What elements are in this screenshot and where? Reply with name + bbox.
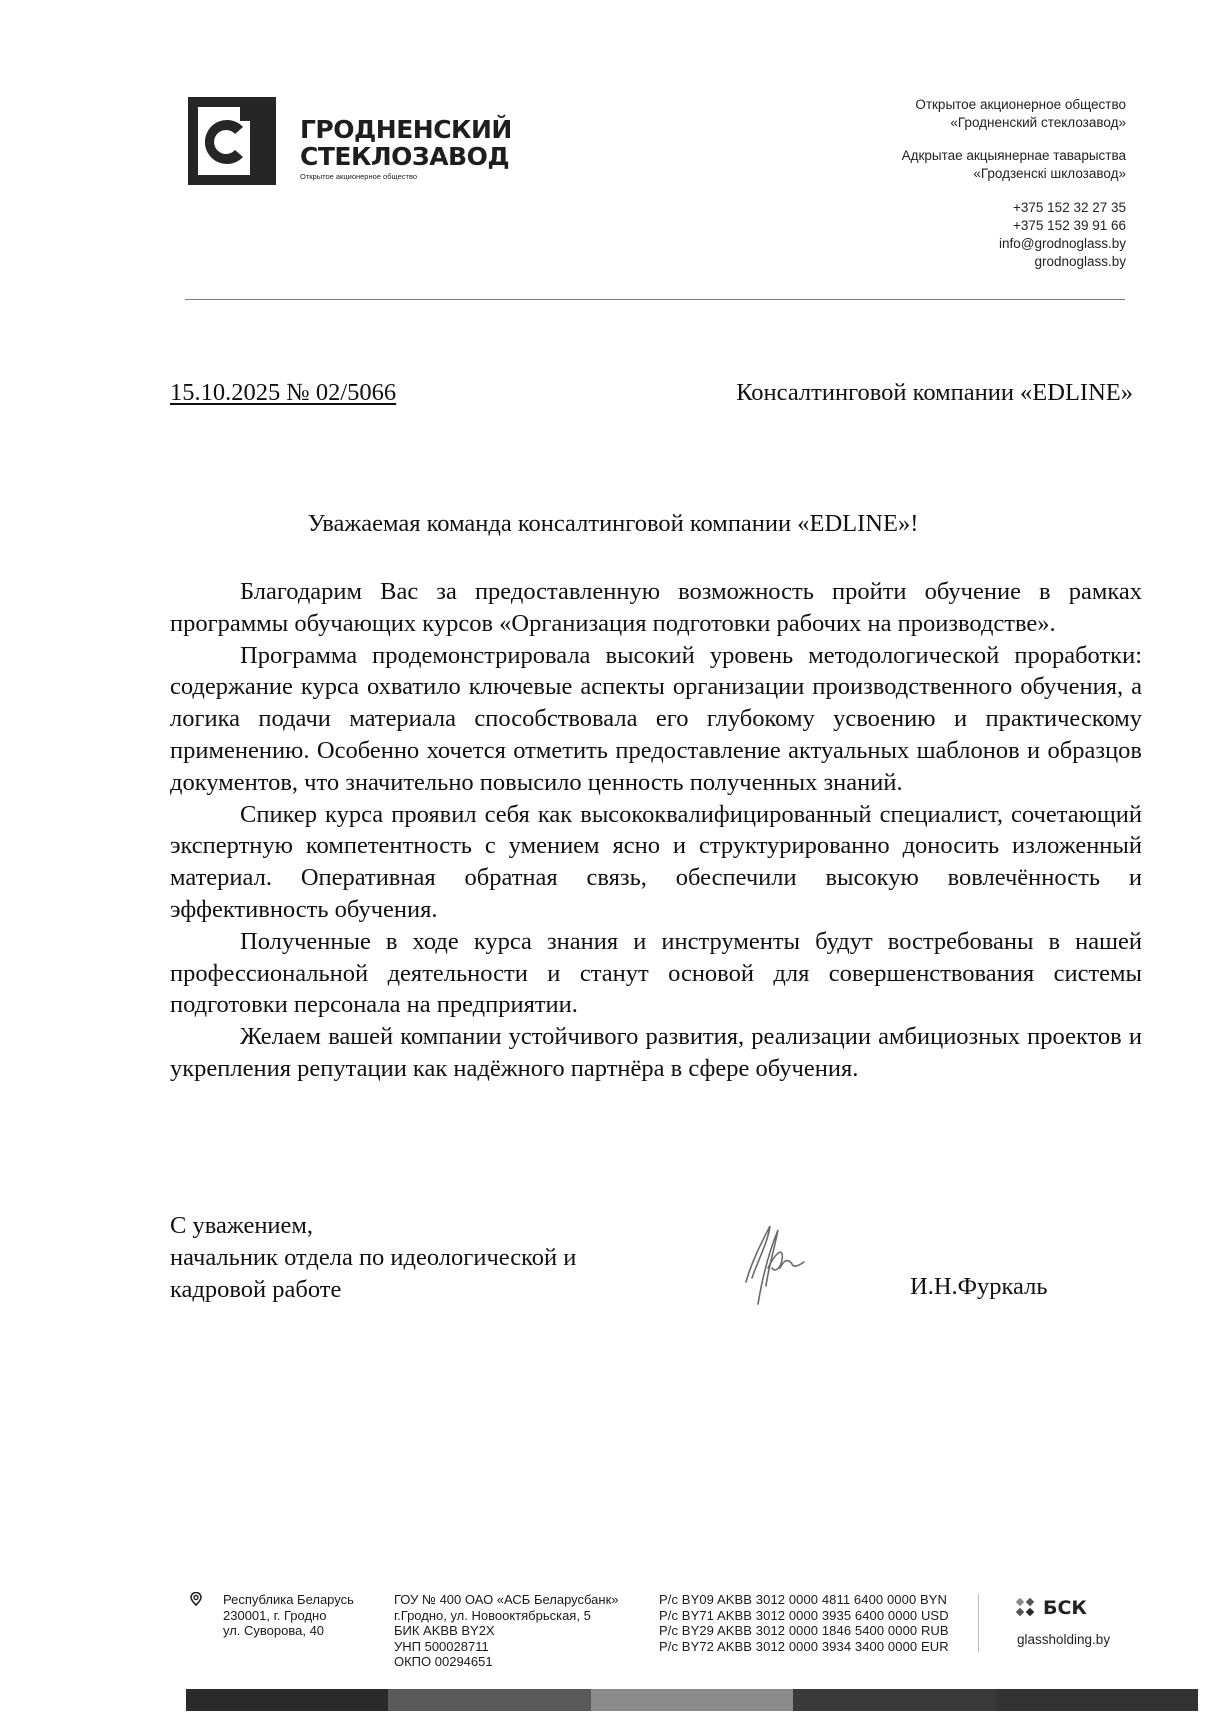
email: info@grodnoglass.by <box>902 235 1126 253</box>
company-logo-icon <box>188 97 276 185</box>
bank-okpo: ОКПО 00294651 <box>394 1654 619 1670</box>
footer-address: Республика Беларусь 230001, г. Гродно ул… <box>223 1592 354 1639</box>
bank-address: г.Гродно, ул. Новооктябрьская, 5 <box>394 1608 619 1624</box>
closing-block: С уважением, начальник отдела по идеолог… <box>170 1210 576 1305</box>
signer-title-line2: кадровой работе <box>170 1274 576 1306</box>
signer-name: И.Н.Фуркаль <box>910 1273 1048 1301</box>
account-eur: Р/с BY72 AKBB 3012 0000 3934 3400 0000 E… <box>659 1639 949 1655</box>
letter-reference: 15.10.2025 № 02/5066 <box>170 379 396 407</box>
account-usd: Р/с BY71 AKBB 3012 0000 3935 6400 0000 U… <box>659 1608 949 1624</box>
paragraph-2: Программа продемонстрировала высокий уро… <box>170 640 1142 799</box>
bar-segment-5 <box>996 1689 1198 1711</box>
footer-color-bar <box>186 1689 1198 1711</box>
account-byn: Р/с BY09 AKBB 3012 0000 4811 6400 0000 B… <box>659 1592 949 1608</box>
location-pin-icon <box>190 1592 202 1606</box>
letterhead-contacts: Открытое акционерное общество «Гродненск… <box>902 96 1126 271</box>
closing-regards: С уважением, <box>170 1210 576 1242</box>
signer-title-line1: начальник отдела по идеологической и <box>170 1242 576 1274</box>
addressee: Консалтинговой компании «EDLINE» <box>736 379 1133 407</box>
bar-segment-4 <box>793 1689 995 1711</box>
phone-2: +375 152 39 91 66 <box>902 217 1126 235</box>
paragraph-5: Желаем вашей компании устойчивого развит… <box>170 1021 1142 1085</box>
holding-website: glassholding.by <box>1017 1632 1110 1647</box>
address-street: ул. Суворова, 40 <box>223 1623 354 1639</box>
signature-icon <box>738 1220 828 1310</box>
holding-logo: БСК <box>1014 1597 1087 1619</box>
org-name-by-line1: Адкрытае акцыянернае таварыства <box>902 147 1126 165</box>
footer-accounts: Р/с BY09 AKBB 3012 0000 4811 6400 0000 B… <box>659 1592 949 1654</box>
bank-name: ГОУ № 400 ОАО «АСБ Беларусбанк» <box>394 1592 619 1608</box>
bar-segment-1 <box>186 1689 388 1711</box>
header-divider <box>185 299 1125 300</box>
logo-subtitle: Открытое акционерное общество <box>300 172 417 181</box>
paragraph-1: Благодарим Вас за предоставленную возмож… <box>170 576 1142 640</box>
org-name-ru-line2: «Гродненский стеклозавод» <box>902 114 1126 132</box>
phone-1: +375 152 32 27 35 <box>902 199 1126 217</box>
bank-bic: БИК AKBB BY2X <box>394 1623 619 1639</box>
diamond-cluster-icon <box>1014 1598 1038 1618</box>
salutation: Уважаемая команда консалтинговой компани… <box>0 510 1226 538</box>
company-logo-title: ГРОДНЕНСКИЙ СТЕКЛОЗАВОД <box>300 116 512 170</box>
logo-title-line1: ГРОДНЕНСКИЙ <box>300 116 512 143</box>
org-name-by-line2: «Гродзенскі шклозавод» <box>902 165 1126 183</box>
bar-segment-2 <box>388 1689 590 1711</box>
paragraph-3: Спикер курса проявил себя как высококвал… <box>170 799 1142 926</box>
address-country: Республика Беларусь <box>223 1592 354 1608</box>
holding-label: БСК <box>1043 1597 1087 1619</box>
paragraph-4: Полученные в ходе курса знания и инструм… <box>170 926 1142 1021</box>
logo-title-line2: СТЕКЛОЗАВОД <box>300 143 512 170</box>
footer-bank-details: ГОУ № 400 ОАО «АСБ Беларусбанк» г.Гродно… <box>394 1592 619 1670</box>
address-city: 230001, г. Гродно <box>223 1608 354 1624</box>
bar-segment-3 <box>591 1689 793 1711</box>
bank-unp: УНП 500028711 <box>394 1639 619 1655</box>
letter-body: Благодарим Вас за предоставленную возмож… <box>170 576 1142 1085</box>
website: grodnoglass.by <box>902 253 1126 271</box>
account-rub: Р/с BY29 AKBB 3012 0000 1846 5400 0000 R… <box>659 1623 949 1639</box>
footer-divider <box>978 1594 979 1652</box>
org-name-ru-line1: Открытое акционерное общество <box>902 96 1126 114</box>
